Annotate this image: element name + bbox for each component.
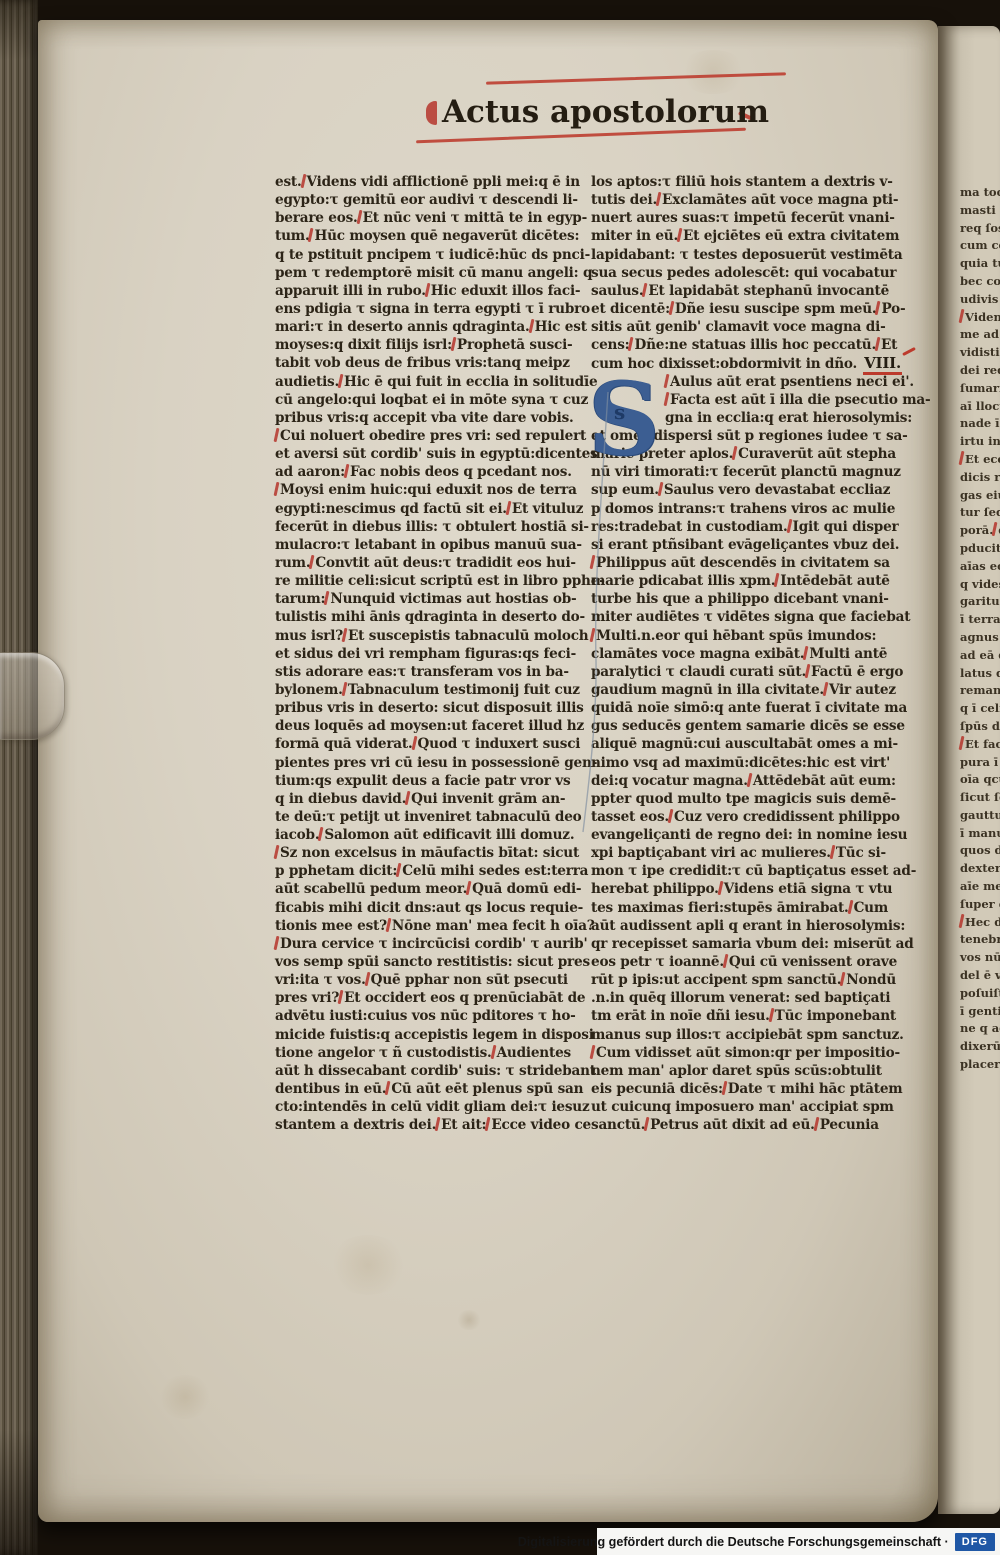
- text-line: irtu in ga: [960, 433, 1000, 451]
- digitisation-credit-bar: Digitalisierung gefördert durch die Deut…: [597, 1528, 1000, 1555]
- text-line: aīas eor: [960, 558, 1000, 576]
- text-line: iacob.Salomon aūt edificavit illi domuz.: [275, 826, 587, 844]
- text-line: nuert aures suas:τ impetū fecerūt vnani-: [591, 209, 903, 227]
- text-line: vri:ita τ vos.Quē pphar non sūt psecuti: [275, 971, 587, 989]
- text-line: dei:q vocatur magna.Attēdebāt aūt eum:: [591, 772, 903, 790]
- text-line: ſicut ſcp: [960, 789, 1000, 807]
- rubric-stroke-icon: [668, 301, 674, 315]
- text-line: pem τ redemptorē misit cū manu angeli: q: [275, 264, 587, 282]
- text-line: mulacro:τ letabant in opibus manuū sua-: [275, 536, 587, 554]
- rubric-stroke-icon: [528, 319, 534, 333]
- text-line: stantem a dextris dei.Et ait:Ecce video …: [275, 1116, 587, 1134]
- rubric-stroke-icon: [823, 682, 829, 696]
- text-line: audietis.Hic ē qui fuit in ecclia in sol…: [275, 373, 587, 391]
- page-holder-clip: [0, 652, 65, 740]
- text-line: placere: [960, 1056, 1000, 1074]
- text-line: cens:Dñe:ne statuas illis hoc peccatū.Et: [591, 336, 903, 354]
- chapter-number: VIII.: [863, 354, 902, 375]
- text-line: del ē vir: [960, 967, 1000, 985]
- rubric-stroke-icon: [356, 210, 362, 224]
- facing-page-sliver: ma tociā ſmasti pecreq ſos incum corāqui…: [938, 26, 1000, 1514]
- rubric-stroke-icon: [875, 301, 881, 315]
- text-line: sanctū.Petrus aūt dixit ad eū.Pecunia: [591, 1116, 903, 1134]
- text-line: ad eā q: [960, 647, 1000, 665]
- text-line: nade ī me: [960, 415, 1000, 433]
- rubric-stroke-icon: [992, 522, 998, 536]
- rubric-stroke-icon: [405, 791, 411, 805]
- text-line: pres vri?Et occidert eos q prenūciabāt d…: [275, 989, 587, 1007]
- text-line: sua secus pedes adolescēt: qui vocabatur: [591, 264, 903, 282]
- running-title-text: Actus apostolorum: [442, 94, 769, 130]
- text-line: q vides ſ: [960, 576, 1000, 594]
- text-line: rūt p ipis:ut accipent spm sanctū.Nondū: [591, 971, 903, 989]
- text-line: ne q ad: [960, 1020, 1000, 1038]
- rubric-stroke-icon: [396, 863, 402, 877]
- text-line: paralytici τ claudi curati sūt.Factū ē e…: [591, 663, 903, 681]
- rubric-stroke-icon: [318, 827, 324, 841]
- text-line: gautture: [960, 807, 1000, 825]
- text-line: qr recepisset samaria vbum dei: miserūt …: [591, 935, 903, 953]
- rubric-stroke-icon: [300, 174, 306, 188]
- text-line: miter in eū.Et ejciētes eū extra civitat…: [591, 227, 903, 245]
- rubric-stroke-icon: [959, 914, 965, 928]
- text-line: turbe his que a philippo dicebant vnani-: [591, 590, 903, 608]
- text-line: ens pdigia τ signa in terra egypti τ ī r…: [275, 300, 587, 318]
- rubric-stroke-icon: [829, 845, 835, 859]
- text-line: moyses:q dixit filijs isrl:Prophetā susc…: [275, 336, 587, 354]
- rubric-stroke-icon: [805, 664, 811, 678]
- text-line: micide fuistis:q accepistis legem in dis…: [275, 1026, 587, 1044]
- rubric-stroke-icon: [786, 519, 792, 533]
- rubric-stroke-icon: [721, 1081, 727, 1095]
- text-line: deus loquēs ad moysen:ut faceret illud h…: [275, 717, 587, 735]
- rubric-stroke-icon: [590, 627, 596, 641]
- text-line: et dicentē:Dñe iesu suscipe spm meū.Po-: [591, 300, 903, 318]
- text-line: aīe me: [960, 878, 1000, 896]
- text-line: si erant ptñsibant evāgeliçantes vbuz de…: [591, 536, 903, 554]
- facing-page-text: ma tociā ſmasti pecreq ſos incum corāqui…: [960, 184, 1000, 1074]
- rubric-stroke-icon: [732, 446, 738, 460]
- text-line: ut cuicunq imposuero man' accipiat spm: [591, 1098, 903, 1116]
- rubric-stroke-icon: [774, 573, 780, 587]
- rubric-stroke-icon: [590, 1045, 596, 1059]
- text-line: xpi baptiçabant viri ac mulieres.Tūc si-: [591, 844, 903, 862]
- text-line: ppter quod multo tpe magicis suis demē-: [591, 790, 903, 808]
- text-line: Et ecce vi: [960, 451, 1000, 469]
- rubric-stroke-icon: [308, 228, 314, 242]
- rubric-stroke-icon: [677, 228, 683, 242]
- rubric-stroke-icon: [485, 1117, 491, 1131]
- text-line: Philippus aūt descendēs in civitatem sa: [591, 554, 903, 572]
- rubric-stroke-icon: [590, 555, 596, 569]
- text-line: fecerūt in diebus illis: τ obtulert host…: [275, 518, 587, 536]
- text-line: remane: [960, 682, 1000, 700]
- rubric-stroke-icon: [875, 337, 881, 351]
- text-line: me ad dñ: [960, 326, 1000, 344]
- text-line: cum corā: [960, 237, 1000, 255]
- text-line: Moysi enim huic:qui eduxit nos de terra: [275, 481, 587, 499]
- rubric-stroke-icon: [722, 954, 728, 968]
- text-line: mus isrl?Et suscepistis tabnaculū moloch: [275, 627, 587, 645]
- text-line: q in diebus david.Qui invenit grām an-: [275, 790, 587, 808]
- text-line: formā quā viderat.Quod τ induxert susci: [275, 735, 587, 753]
- rubric-stroke-icon: [959, 451, 965, 465]
- text-line: agnus d: [960, 629, 1000, 647]
- text-line: ī manu: [960, 825, 1000, 843]
- text-line: tutis dei.Exclamātes aūt voce magna pti-: [591, 191, 903, 209]
- text-line: tum.Hūc moysen quē negaverūt dicētes:: [275, 227, 587, 245]
- text-line: quos d: [960, 842, 1000, 860]
- text-line: saulus.Et lapidabāt stephanū invocantē: [591, 282, 903, 300]
- text-line: lapidabant: τ testes deposuerūt vestimēt…: [591, 246, 903, 264]
- rubric-stroke-icon: [717, 881, 723, 895]
- text-line: aūt h dissecabant cordib' suis: τ stride…: [275, 1062, 587, 1080]
- text-line: p pphetam dicit:Celū mihi sedes est:terr…: [275, 862, 587, 880]
- rubric-stroke-icon: [642, 283, 648, 297]
- text-line: gus seducēs gentem samarie dicēs se esse: [591, 717, 903, 735]
- text-line: tabit vob deus de fribus vris:tanq meipz: [275, 354, 587, 372]
- text-line: berare eos.Et nūc veni τ mittā te in egy…: [275, 209, 587, 227]
- text-line: ſumaritan: [960, 380, 1000, 398]
- text-line: ī terra ſ: [960, 611, 1000, 629]
- text-line: Videns a: [960, 309, 1000, 327]
- text-line: dentibus in eū.Cū aūt eēt plenus spū san: [275, 1080, 587, 1098]
- text-column-left: est.Videns vidi afflictionē ppli mei:q ē…: [275, 173, 587, 1134]
- rubric-stroke-icon: [324, 591, 330, 605]
- text-line: vos semp spūi sancto restitistis: sicut …: [275, 953, 587, 971]
- text-line: dexterā: [960, 860, 1000, 878]
- text-line: tm erāt in noīe dñi iesu.Tūc imponebant: [591, 1007, 903, 1025]
- text-line: pientes pres vri cū iesu in possessionē …: [275, 754, 587, 772]
- manuscript-page: Actus apostolorum est.Videns vidi afflic…: [38, 20, 938, 1522]
- text-line: marie pdicabat illis xpm.Intēdebāt autē: [591, 572, 903, 590]
- text-line: et aversi sūt cordib' suis in egyptū:dic…: [275, 445, 587, 463]
- text-line: aūt scabellū pedum meor.Quā domū edi-: [275, 880, 587, 898]
- paper-stain: [158, 1375, 212, 1419]
- text-line: ma tociā ſ: [960, 184, 1000, 202]
- text-column-right: los aptos:τ filiū hois stantem a dextris…: [591, 173, 903, 1134]
- text-line: evangeliçanti de regno dei: in nomine ie…: [591, 826, 903, 844]
- text-line: req ſos in: [960, 220, 1000, 238]
- text-line: tulistis mihi ānis qdraginta in deserto …: [275, 608, 587, 626]
- text-line: oīa qcū: [960, 771, 1000, 789]
- rubric-stroke-icon: [338, 373, 344, 387]
- text-line: pribus vris:q accepit vba vite dare vobi…: [275, 409, 587, 427]
- text-line: dicis reg: [960, 469, 1000, 487]
- dfg-logo: DFG: [955, 1533, 995, 1551]
- text-line: bec cogita: [960, 273, 1000, 291]
- text-line: est.Videns vidi afflictionē ppli mei:q ē…: [275, 173, 587, 191]
- rubric-stroke-icon: [344, 464, 350, 478]
- illuminated-initial: Ss: [588, 370, 658, 474]
- text-line: ad aaron:Fac nobis deos q pcedant nos.: [275, 463, 587, 481]
- rubric-stroke-icon: [505, 500, 511, 514]
- text-line: mon τ ipe credidit:τ cū baptiçatus esset…: [591, 862, 903, 880]
- text-line: los aptos:τ filiū hois stantem a dextris…: [591, 173, 903, 191]
- rubric-stroke-icon: [656, 192, 662, 206]
- text-line: pribus vris in deserto: sicut disposuit …: [275, 699, 587, 717]
- text-line: ī gentib: [960, 1003, 1000, 1021]
- rubric-stroke-icon: [657, 482, 663, 496]
- text-line: .n.in quēq illorum venerat: sed baptiçat…: [591, 989, 903, 1007]
- text-line: sup eum.Saulus vero devastabat eccliaz: [591, 481, 903, 499]
- text-line: gariture: [960, 593, 1000, 611]
- rubric-line-icon: [416, 128, 746, 144]
- rubric-stroke-icon: [424, 283, 430, 297]
- text-line: egypto:τ gemitū eor audivi τ descendi li…: [275, 191, 587, 209]
- text-line: gaudium magnū in illa civitate.Vir autez: [591, 681, 903, 699]
- text-line: Cum vidisset aūt simon:qr per impositio-: [591, 1044, 903, 1062]
- paper-stain: [678, 50, 748, 94]
- text-line: pura ī u: [960, 754, 1000, 772]
- rubric-stroke-icon: [664, 373, 670, 387]
- text-line: vos nūc: [960, 949, 1000, 967]
- text-line: cū angelo:qui loqbat ei in mōte syna τ c…: [275, 391, 587, 409]
- text-line: dixerūt: [960, 1038, 1000, 1056]
- text-line: bylonem.Tabnaculum testimonij fuit cuz: [275, 681, 587, 699]
- rubric-stroke-icon: [274, 482, 280, 496]
- rubric-stroke-icon: [338, 990, 344, 1004]
- text-line: nimo vsq ad maximū:dicētes:hic est virt': [591, 754, 903, 772]
- text-line: ſuper oī: [960, 896, 1000, 914]
- initial-guide-letter: s: [614, 402, 625, 422]
- rubric-stroke-icon: [274, 845, 280, 859]
- paper-stain: [456, 1310, 482, 1330]
- text-line: manus sup illos:τ accipiebāt spm sanctuz…: [591, 1026, 903, 1044]
- text-line: Hec dix: [960, 914, 1000, 932]
- text-line: tes maximas fieri:stupēs āmirabat.Cum: [591, 899, 903, 917]
- rubric-stroke-icon: [450, 337, 456, 351]
- text-line: tur ſedēs: [960, 504, 1000, 522]
- rubric-stroke-icon: [644, 1117, 650, 1131]
- rubric-stroke-icon: [746, 772, 752, 786]
- scanned-book-photo: Actus apostolorum est.Videns vidi afflic…: [0, 0, 1000, 1555]
- text-line: pducit ī: [960, 540, 1000, 558]
- text-line: stis adorare eas:τ transferam vos in ba-: [275, 663, 587, 681]
- text-line: aūt audissent apli q erant in hierosolym…: [591, 917, 903, 935]
- text-line: mari:τ in deserto annis qdraginta.Hic es…: [275, 318, 587, 336]
- text-line: gas eius: [960, 487, 1000, 505]
- text-line: ſpūs dñ: [960, 718, 1000, 736]
- rubric-stroke-icon: [385, 1081, 391, 1095]
- rubric-stroke-icon: [341, 682, 347, 696]
- text-line: herebat philippo.Videns etiā signa τ vtu: [591, 880, 903, 898]
- text-line: rum.Convtit aūt deus:τ tradidit eos hui-: [275, 554, 587, 572]
- text-line: Sz non excelsus in māufactis bītat: sicu…: [275, 844, 587, 862]
- text-line: apparuit illi in rubo.Hic eduxit illos f…: [275, 282, 587, 300]
- rubric-stroke-icon: [490, 1045, 496, 1059]
- text-line: aī llocun: [960, 398, 1000, 416]
- rubric-stroke-icon: [768, 1008, 774, 1022]
- rubric-stroke-icon: [959, 308, 965, 322]
- text-line: eos petr τ ioannē.Qui cū venissent orave: [591, 953, 903, 971]
- text-line: udivis τ c: [960, 291, 1000, 309]
- text-line: vidistis. F: [960, 344, 1000, 362]
- text-line: dei redibā: [960, 362, 1000, 380]
- text-line: p domos intrans:τ trahens viros ac mulie: [591, 500, 903, 518]
- text-line: quia tua:: [960, 255, 1000, 273]
- text-line: q ī celis: [960, 700, 1000, 718]
- rubric-stroke-icon: [385, 918, 391, 932]
- rubric-line-icon: [486, 72, 786, 84]
- text-line: clamātes voce magna exibāt.Multi antē: [591, 645, 903, 663]
- text-line: re militie celi:sicut scriptū est in lib…: [275, 572, 587, 590]
- text-line: et sidus dei vri rempham figuras:qs feci…: [275, 645, 587, 663]
- rubric-stroke-icon: [628, 337, 634, 351]
- text-line: nem man' aplor daret spūs scūs:obtulit: [591, 1062, 903, 1080]
- rubric-stroke-icon: [668, 809, 674, 823]
- text-line: Dura cervice τ incircūcisi cordib' τ aur…: [275, 935, 587, 953]
- book-fore-edge: [0, 0, 38, 1555]
- running-title: Actus apostolorum: [426, 94, 769, 130]
- text-line: egypti:nescimus qd factū sit ei.Et vitul…: [275, 500, 587, 518]
- text-line: tenebris: [960, 931, 1000, 949]
- text-line: Cui noluert obedire pres vri: sed repule…: [275, 427, 587, 445]
- rubric-stroke-icon: [411, 736, 417, 750]
- text-line: tione angelor τ ñ custodistis.Audientes: [275, 1044, 587, 1062]
- text-line: eis pecuniā dicēs:Date τ mihi hāc ptātem: [591, 1080, 903, 1098]
- text-line: cto:intendēs in celū vidit gliam dei:τ i…: [275, 1098, 587, 1116]
- rubric-stroke-icon: [813, 1117, 819, 1131]
- rubric-stroke-icon: [959, 736, 965, 750]
- text-line: q te pstituit pncipem τ iudicē:hūc ds pn…: [275, 246, 587, 264]
- text-line: ficabis mihi dicit dns:aut qs locus requ…: [275, 899, 587, 917]
- rubric-stroke-icon: [364, 972, 370, 986]
- text-line: Multi.n.eor qui hēbant spūs imundos:: [591, 627, 903, 645]
- credit-text: Digitalisierung gefördert durch die Deut…: [518, 1535, 949, 1549]
- text-line: tium:qs expulit deus a facie patr vror v…: [275, 772, 587, 790]
- rubric-stroke-icon: [435, 1117, 441, 1131]
- text-line: masti pec: [960, 202, 1000, 220]
- rubric-stroke-icon: [274, 936, 280, 950]
- paper-stain: [328, 1235, 408, 1295]
- text-line: porā.d: [960, 522, 1000, 540]
- text-line: tarum:Nunquid victimas aut hostias ob-: [275, 590, 587, 608]
- rubric-stroke-icon: [342, 627, 348, 641]
- text-line: res:tradebat in custodiam.Igit qui dispe…: [591, 518, 903, 536]
- text-line: Et fact: [960, 736, 1000, 754]
- rubric-stroke-icon: [847, 899, 853, 913]
- text-line: aliquē magnū:cui auscultabāt omes a mi-: [591, 735, 903, 753]
- text-line: sitis aūt genib' clamavit voce magna di-: [591, 318, 903, 336]
- rubric-stroke-icon: [664, 392, 670, 406]
- text-line: poſuiſti: [960, 985, 1000, 1003]
- text-line: latus dī: [960, 665, 1000, 683]
- rubric-mark-icon: [426, 101, 437, 125]
- text-line: advētu iusti:cuius vos nūc pditores τ ho…: [275, 1007, 587, 1025]
- text-line: tionis mee est?Nōne man' mea fecit h oīa…: [275, 917, 587, 935]
- text-line: te deū:τ petijt ut inveniret tabnaculū d…: [275, 808, 587, 826]
- rubric-stroke-icon: [309, 555, 315, 569]
- rubric-stroke-icon: [840, 972, 846, 986]
- rubric-stroke-icon: [803, 645, 809, 659]
- text-line: tasset eos.Cuz vero credidissent philipp…: [591, 808, 903, 826]
- text-line: quidā noīe simō:q ante fuerat ī civitate…: [591, 699, 903, 717]
- rubric-stroke-icon: [466, 881, 472, 895]
- text-line: miter audiētes τ vidētes signa que facie…: [591, 608, 903, 626]
- rubric-stroke-icon: [274, 428, 280, 442]
